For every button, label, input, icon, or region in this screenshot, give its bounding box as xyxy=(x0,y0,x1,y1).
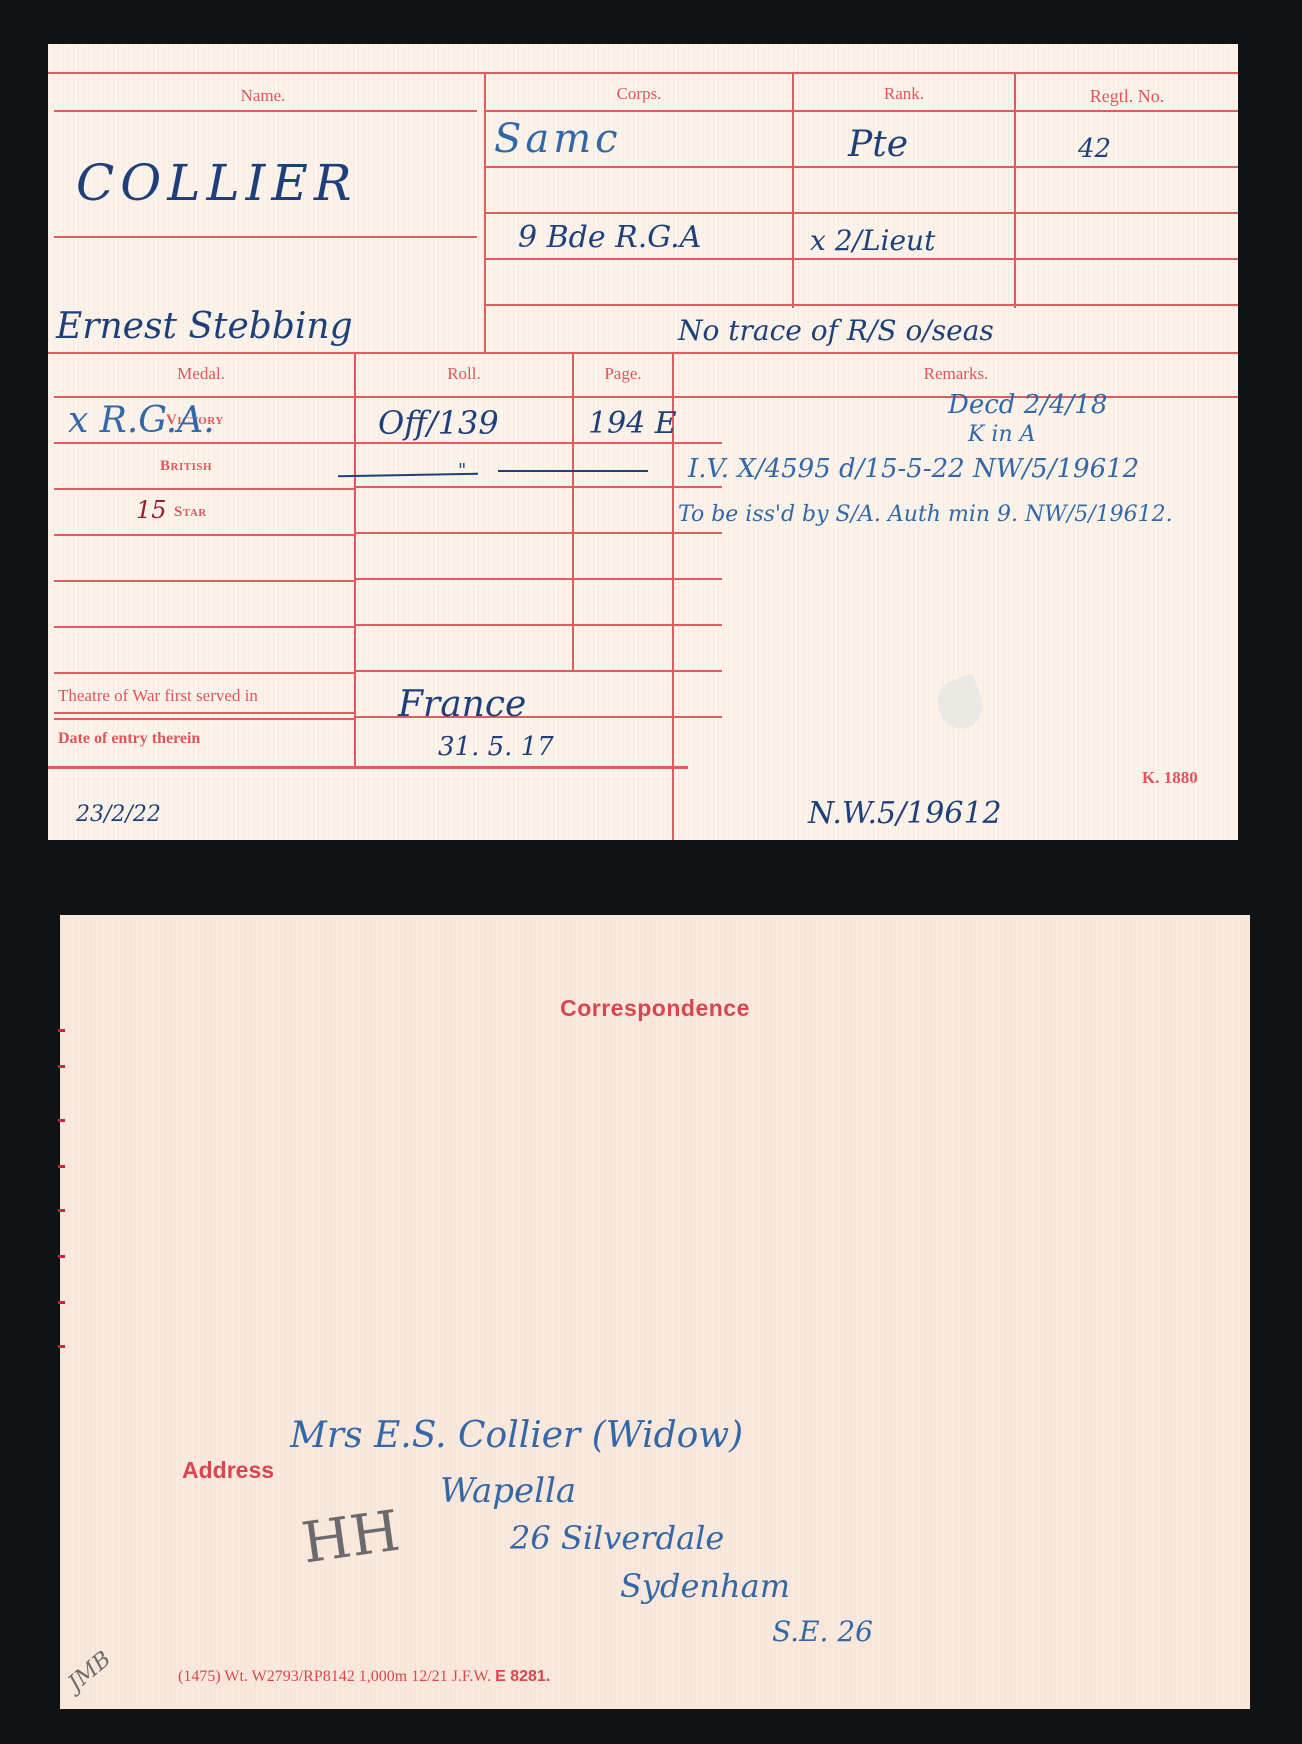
pencil-initials: HH xyxy=(298,1499,404,1577)
margin-tick xyxy=(58,1301,65,1304)
header-name: Name. xyxy=(48,86,478,106)
regtl-no-row-1: 42 xyxy=(1078,134,1111,164)
address-line-4: Sydenham xyxy=(620,1567,790,1605)
rule-row1 xyxy=(484,166,1238,168)
remarks-kia: K in A xyxy=(968,422,1036,447)
rule-medal-2 xyxy=(54,488,354,490)
rank-row-1: Pte xyxy=(848,124,908,165)
corner-initials: JMB xyxy=(64,1647,116,1697)
rule-header xyxy=(484,110,1238,112)
rule-medal-5 xyxy=(54,626,354,628)
page-victory: 194 E xyxy=(588,406,677,441)
date-entry-label: Date of entry therein xyxy=(58,730,200,748)
medal-victory-annotation: x R.G.A. xyxy=(68,400,215,441)
address-line-1: Mrs E.S. Collier (Widow) xyxy=(290,1415,743,1456)
vline-roll xyxy=(354,354,356,766)
margin-tick xyxy=(58,1065,65,1068)
remarks-line-1: I.V. X/4595 d/15-5-22 NW/5/19612 xyxy=(688,454,1139,484)
rank-row-2: x 2/Lieut xyxy=(810,224,935,257)
rule-medal-bottom xyxy=(48,766,688,769)
medal-index-card-back: Correspondence Address Mrs E.S. Collier … xyxy=(60,915,1250,1709)
remarks-deceased: Decd 2/4/18 xyxy=(948,390,1107,420)
header-remarks: Remarks. xyxy=(674,364,1238,384)
margin-tick xyxy=(58,1345,65,1348)
vline-regt xyxy=(1014,74,1016,308)
rule-roll-6 xyxy=(356,670,722,672)
bottom-reference: N.W.5/19612 xyxy=(808,796,1002,831)
note-no-trace: No trace of R/S o/seas xyxy=(678,314,994,347)
medal-star-prefix: 15 xyxy=(136,496,167,524)
rule-roll-5 xyxy=(356,624,722,626)
rule-medal-6 xyxy=(54,672,354,674)
margin-tick xyxy=(58,1029,65,1032)
vline-page xyxy=(572,354,574,670)
address-line-3: 26 Silverdale xyxy=(510,1519,724,1557)
rule-medal-7 xyxy=(54,718,354,720)
bottom-date: 23/2/22 xyxy=(76,802,161,827)
header-corps: Corps. xyxy=(486,84,792,104)
correspondence-title: Correspondence xyxy=(60,995,1250,1022)
rule-row2 xyxy=(484,212,1238,214)
rule-roll-3 xyxy=(356,532,722,534)
medal-index-card-front: Name. Corps. Rank. Regtl. No. COLLIER Er… xyxy=(48,44,1238,840)
rule-row4 xyxy=(484,304,1238,306)
medal-british: British xyxy=(160,458,212,475)
underline-page xyxy=(498,470,648,472)
rule-row3 xyxy=(484,258,1238,260)
corps-row-1: Samc xyxy=(494,116,622,162)
vline-corps xyxy=(484,74,486,352)
header-regtl-no: Regtl. No. xyxy=(1016,86,1238,107)
header-rank: Rank. xyxy=(794,84,1014,104)
print-code: E 8281. xyxy=(495,1668,550,1685)
print-line: (1475) Wt. W2793/RP8142 1,000m 12/21 J.F… xyxy=(178,1668,550,1686)
corps-row-2: 9 Bde R.G.A xyxy=(518,220,701,255)
rule-medal-3 xyxy=(54,534,354,536)
rule-name-mid xyxy=(54,236,477,238)
theatre-value: France xyxy=(398,684,526,725)
theatre-label: Theatre of War first served in xyxy=(58,686,258,706)
surname: COLLIER xyxy=(76,154,358,212)
rule-medal-4 xyxy=(54,580,354,582)
underline-roll xyxy=(338,473,478,477)
roll-victory: Off/139 xyxy=(378,404,499,442)
leaf-watermark-icon xyxy=(931,673,989,735)
margin-tick xyxy=(58,1165,65,1168)
rule-roll-4 xyxy=(356,578,722,580)
print-details: (1475) Wt. W2793/RP8142 1,000m 12/21 J.F… xyxy=(178,1668,491,1685)
margin-tick xyxy=(58,1255,65,1258)
header-medal: Medal. xyxy=(48,364,354,384)
vline-rank xyxy=(792,74,794,308)
rule-medal-1 xyxy=(54,442,354,444)
rule-top xyxy=(48,72,1238,74)
rule-roll-2 xyxy=(356,486,722,488)
forenames: Ernest Stebbing xyxy=(56,306,353,347)
rule-name-header xyxy=(54,110,477,112)
margin-tick xyxy=(58,1209,65,1212)
date-entry-value: 31. 5. 17 xyxy=(438,732,554,762)
header-roll: Roll. xyxy=(356,364,572,384)
roll-british-ditto: " xyxy=(458,460,466,481)
address-line-2: Wapella xyxy=(440,1471,576,1511)
rule-theatre xyxy=(54,712,354,714)
rule-roll-1 xyxy=(356,442,722,444)
margin-tick xyxy=(58,1119,65,1122)
remarks-line-2: To be iss'd by S/A. Auth min 9. NW/5/196… xyxy=(678,502,1173,527)
medal-star: Star xyxy=(174,504,207,521)
address-line-5: S.E. 26 xyxy=(772,1615,873,1648)
rule-section xyxy=(48,352,1238,354)
header-page: Page. xyxy=(574,364,672,384)
form-code: K. 1880 xyxy=(1142,768,1198,788)
address-label: Address xyxy=(182,1457,274,1484)
